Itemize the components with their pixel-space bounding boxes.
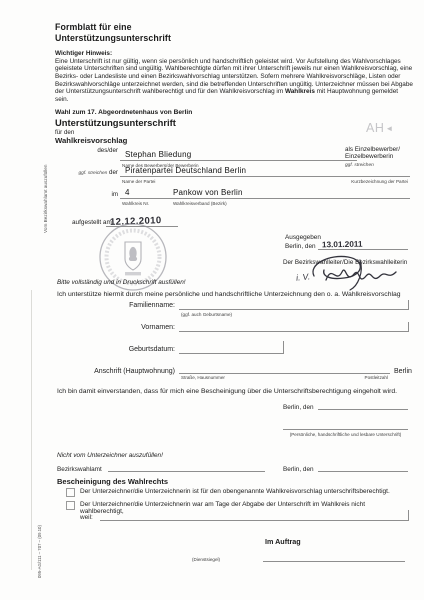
- party-name-line[interactable]: [120, 169, 410, 177]
- district-line[interactable]: [120, 191, 410, 199]
- address-sublabel-zip: Postleitzahl: [330, 375, 388, 380]
- form-title-line2: Unterstützungsunterschrift: [55, 33, 171, 44]
- reason-line[interactable]: [100, 510, 409, 521]
- election-line: Wahl zum 17. Abgeordnetenhaus von Berlin: [55, 109, 192, 116]
- logo-text: AH: [366, 121, 384, 135]
- district-prefix: im: [60, 191, 118, 198]
- cert-heading: Bescheinigung des Wahlrechts: [57, 477, 168, 486]
- issued-city-label: Berlin, den: [285, 243, 316, 250]
- family-name-sublabel: (ggf. auch Geburtsname): [181, 312, 232, 317]
- seal-label: (Dienstsiegel): [192, 557, 220, 562]
- family-name-line[interactable]: [179, 300, 409, 310]
- notice-body: Eine Unterschrift ist nur gültig, wenn s…: [55, 58, 413, 104]
- office-city-label: Berlin, den: [283, 466, 314, 473]
- district-sublabel-name: Wahlkreisverband (Bezirk): [173, 201, 227, 206]
- candidate-prefix: des/der: [60, 147, 118, 154]
- support-statement: Ich unterstütze hiermit durch meine pers…: [57, 291, 401, 298]
- signature-note: (Persönliche, handschriftliche und lesba…: [283, 432, 408, 437]
- section-sub1: für den: [55, 129, 74, 136]
- behalf-signature-line[interactable]: [263, 552, 405, 562]
- checkbox-eligible[interactable]: [66, 488, 75, 497]
- form-page: Formblatt für eine Unterstützungsuntersc…: [0, 0, 424, 600]
- single-candidate-line2: Einzelbewerberin: [345, 153, 400, 160]
- form-title-line1: Formblatt für eine: [55, 22, 171, 33]
- party-prefix-word: der: [107, 169, 118, 176]
- section-title: Unterstützungsunterschrift: [55, 117, 176, 128]
- scan-artifact-line: [31, 290, 32, 570]
- address-label: Anschrift (Hauptwohnung): [37, 368, 175, 375]
- notice-text-bold: Wahlkreis: [285, 88, 315, 95]
- section-sub2: Wahlkreisvorschlag: [55, 136, 127, 145]
- office-date-line[interactable]: [318, 462, 408, 472]
- party-sublabel-left: Name der Partei: [122, 179, 155, 184]
- abgeordnetenhaus-logo: AH◄: [366, 121, 394, 135]
- signature-scribble-icon: [300, 250, 405, 292]
- consent-statement: Ich bin damit einverstanden, dass für mi…: [57, 388, 397, 395]
- office-label: Bezirkswahlamt: [57, 466, 102, 473]
- signer-city-label: Berlin, den: [283, 404, 314, 411]
- logo-arrow-icon: ◄: [385, 124, 393, 133]
- single-candidate-label: als Einzelbewerber/ Einzelbewerberin ggf…: [345, 146, 400, 169]
- party-prefix-note: ggf. streichen: [79, 171, 108, 176]
- form-code: 095-AG/111 – 707 – (09.10): [37, 525, 42, 578]
- fill-note: Bitte vollständig und in Druckschrift au…: [57, 279, 186, 286]
- officer-signature: [300, 250, 405, 292]
- party-sublabel-right: Kurzbezeichnung der Partei: [308, 179, 408, 184]
- behalf-label: Im Auftrag: [265, 537, 301, 546]
- issued-label: Ausgegeben: [285, 234, 321, 241]
- address-suffix: Berlin: [394, 368, 412, 375]
- first-name-label: Vornamen:: [57, 324, 175, 331]
- birthdate-line[interactable]: [179, 341, 284, 354]
- candidate-name-line[interactable]: [120, 153, 357, 161]
- district-sublabel-number: Wahlkreis Nr.: [122, 201, 149, 206]
- reason-label: weil:: [80, 514, 93, 521]
- issued-date-line[interactable]: [318, 241, 408, 250]
- address-line[interactable]: [179, 364, 390, 374]
- family-name-label: Familienname:: [57, 302, 175, 309]
- single-candidate-note: ggf. streichen: [345, 162, 400, 169]
- address-sublabel-street: Straße, Hausnummer: [181, 375, 225, 380]
- signer-date-line[interactable]: [318, 400, 408, 410]
- form-title: Formblatt für eine Unterstützungsuntersc…: [55, 22, 171, 44]
- party-prefix: ggf. streichen der: [50, 169, 118, 176]
- signer-signature-line[interactable]: [283, 420, 408, 430]
- single-candidate-line1: als Einzelbewerber/: [345, 146, 400, 153]
- office-line[interactable]: [108, 462, 265, 472]
- checkbox-not-eligible[interactable]: [66, 501, 75, 510]
- first-name-line[interactable]: [179, 322, 409, 332]
- checkbox-eligible-label: Der Unterzeichner/die Unterzeichnerin is…: [80, 488, 410, 495]
- margin-note-left: Vom Bezirkswahlamt auszufüllen: [43, 164, 48, 233]
- birthdate-label: Geburtsdatum:: [57, 346, 175, 353]
- official-note: Nicht vom Unterzeichner auszufüllen!: [57, 452, 163, 459]
